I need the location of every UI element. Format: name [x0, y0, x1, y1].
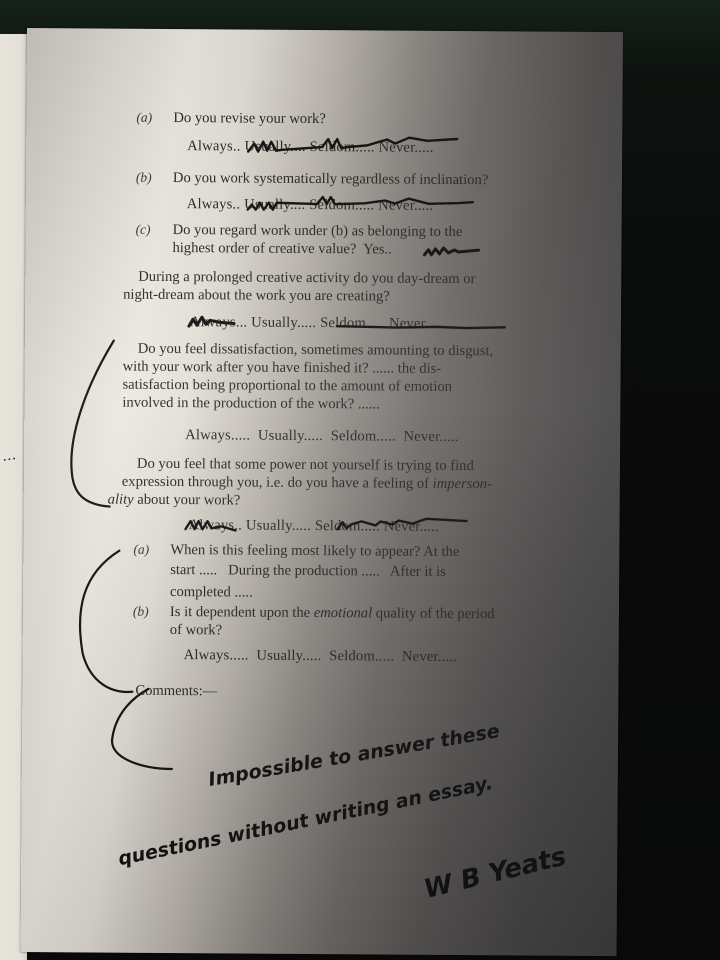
margin-note: …: [1, 447, 17, 465]
questionnaire-page: (a) Do you revise your work? Always.. Us…: [21, 28, 623, 956]
